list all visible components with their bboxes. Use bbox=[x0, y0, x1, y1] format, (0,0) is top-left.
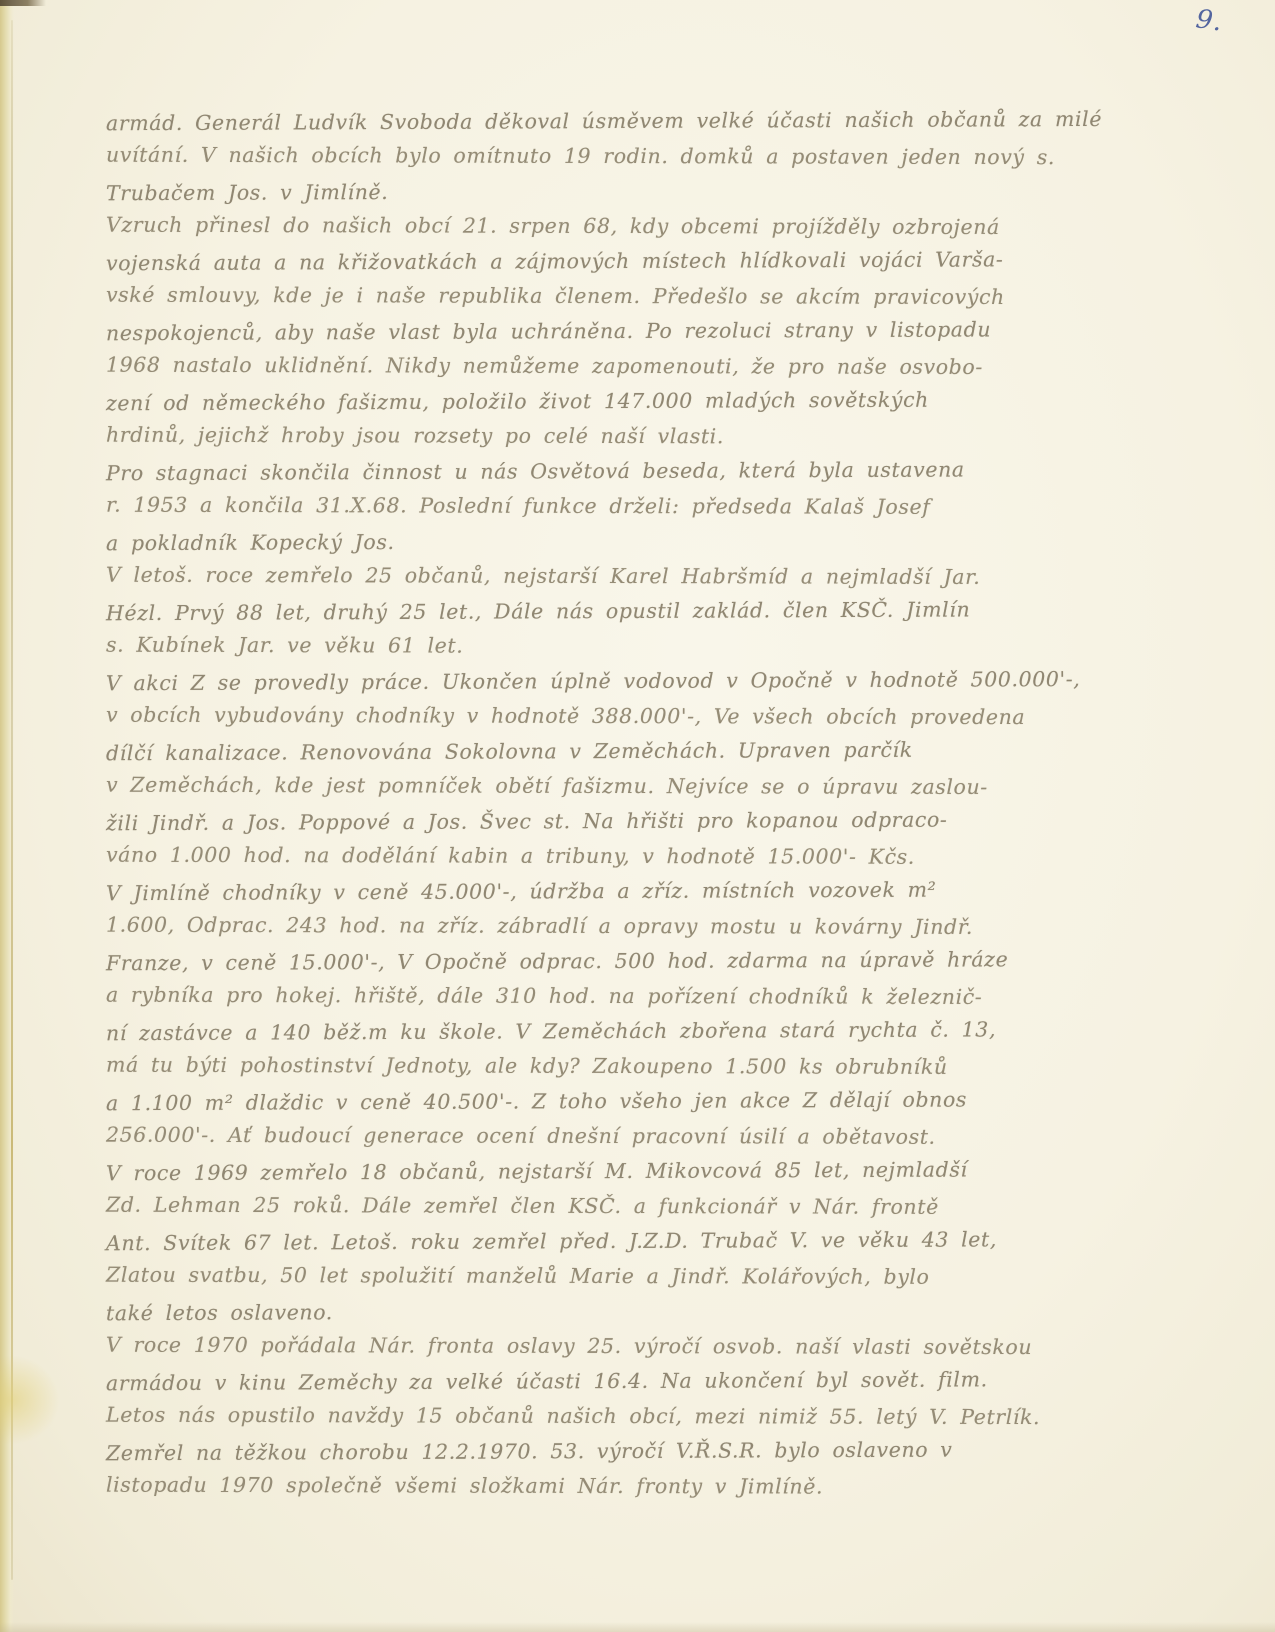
page-number: 9. bbox=[1194, 4, 1225, 37]
text-line: V Jimlíně chodníky v ceně 45.000'-, údrž… bbox=[106, 872, 1136, 911]
text-line: vojenská auta a na křižovatkách a zájmov… bbox=[106, 242, 1136, 281]
text-line: s. Kubínek Jar. ve věku 61 let. bbox=[106, 628, 1136, 666]
text-line: váno 1.000 hod. na dodělání kabin a trib… bbox=[106, 838, 1136, 876]
text-line: žili Jindř. a Jos. Poppové a Jos. Švec s… bbox=[106, 802, 1136, 841]
text-line: Zemřel na těžkou chorobu 12.2.1970. 53. … bbox=[106, 1432, 1136, 1471]
text-line: má tu býti pohostinství Jednoty, ale kdy… bbox=[106, 1048, 1136, 1086]
text-line: Zlatou svatbu, 50 let spolužití manželů … bbox=[106, 1258, 1136, 1296]
page-stack-edge bbox=[11, 20, 13, 1580]
text-line: hrdinů, jejichž hroby jsou rozsety po ce… bbox=[106, 418, 1136, 456]
text-line: nespokojenců, aby naše vlast byla uchrán… bbox=[106, 312, 1136, 351]
text-line: Vzruch přinesl do našich obcí 21. srpen … bbox=[106, 208, 1136, 246]
page-bottom-edge bbox=[0, 1622, 1275, 1632]
text-line: a 1.100 m² dlaždic v ceně 40.500'-. Z to… bbox=[106, 1082, 1136, 1121]
text-line: uvítání. V našich obcích bylo omítnuto 1… bbox=[106, 138, 1136, 176]
text-line: armád. Generál Ludvík Svoboda děkoval ús… bbox=[106, 102, 1136, 141]
text-line: 1.600, Odprac. 243 hod. na zříz. zábradl… bbox=[106, 908, 1136, 946]
chronicle-page: 9. armád. Generál Ludvík Svoboda děkoval… bbox=[0, 0, 1275, 1632]
text-line: Franze, v ceně 15.000'-, V Opočně odprac… bbox=[106, 942, 1136, 981]
text-line: Hézl. Prvý 88 let, druhý 25 let., Dále n… bbox=[106, 592, 1136, 631]
text-line: Letos nás opustilo navždy 15 občanů naši… bbox=[106, 1398, 1136, 1436]
text-line: 256.000'-. Ať budoucí generace ocení dne… bbox=[106, 1118, 1136, 1156]
text-line: v Zeměchách, kde jest pomníček obětí faš… bbox=[106, 768, 1136, 806]
text-line: 1968 nastalo uklidnění. Nikdy nemůžeme z… bbox=[106, 348, 1136, 386]
text-line: listopadu 1970 společně všemi složkami N… bbox=[106, 1468, 1136, 1506]
text-line: V akci Z se provedly práce. Ukončen úpln… bbox=[106, 662, 1136, 701]
text-line: ní zastávce a 140 běž.m ku škole. V Země… bbox=[106, 1012, 1136, 1051]
text-line: V roce 1970 pořádala Nár. fronta oslavy … bbox=[106, 1328, 1136, 1366]
text-line: dílčí kanalizace. Renovována Sokolovna v… bbox=[106, 732, 1136, 771]
text-line: vské smlouvy, kde je i naše republika čl… bbox=[106, 278, 1136, 316]
text-line: Ant. Svítek 67 let. Letoš. roku zemřel p… bbox=[106, 1222, 1136, 1261]
text-line: Zd. Lehman 25 roků. Dále zemřel člen KSČ… bbox=[106, 1188, 1136, 1226]
handwritten-text: armád. Generál Ludvík Svoboda děkoval ús… bbox=[106, 104, 1136, 1504]
text-line: V roce 1969 zemřelo 18 občanů, nejstarší… bbox=[106, 1152, 1136, 1191]
text-line: Pro stagnaci skončila činnost u nás Osvě… bbox=[106, 452, 1136, 491]
text-line: zení od německého fašizmu, položilo živo… bbox=[106, 382, 1136, 421]
text-line: armádou v kinu Zeměchy za velké účasti 1… bbox=[106, 1362, 1136, 1401]
text-line: Trubačem Jos. v Jimlíně. bbox=[106, 172, 1136, 211]
text-line: V letoš. roce zemřelo 25 občanů, nejstar… bbox=[106, 558, 1136, 596]
text-line: také letos oslaveno. bbox=[106, 1292, 1136, 1331]
text-line: a rybníka pro hokej. hřiště, dále 310 ho… bbox=[106, 978, 1136, 1016]
text-line: a pokladník Kopecký Jos. bbox=[106, 522, 1136, 561]
binding-stain bbox=[0, 1355, 60, 1445]
text-line: r. 1953 a končila 31.X.68. Poslední funk… bbox=[106, 488, 1136, 526]
text-line: v obcích vybudovány chodníky v hodnotě 3… bbox=[106, 698, 1136, 736]
binding-shadow bbox=[0, 0, 46, 6]
